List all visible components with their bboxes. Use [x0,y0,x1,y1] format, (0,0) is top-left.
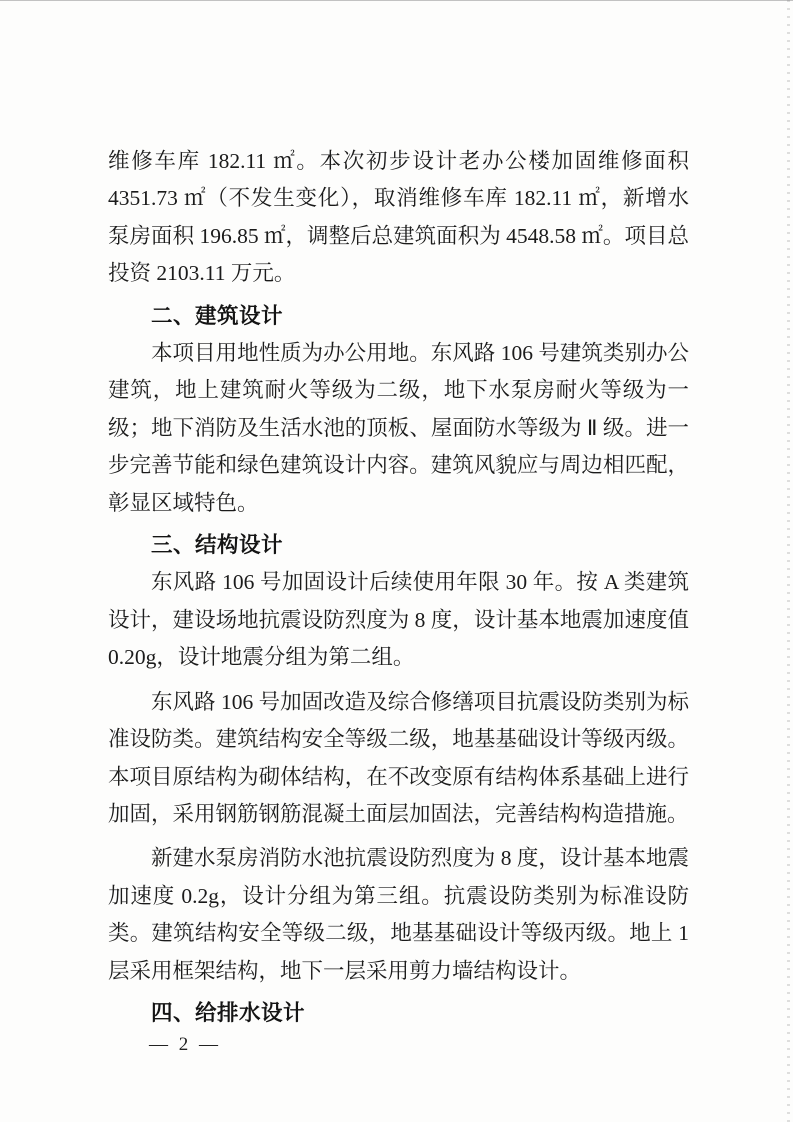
scan-artifact-top-edge [0,0,793,1]
paragraph-intro-continuation: 维修车库 182.11 ㎡。本次初步设计老办公楼加固维修面积 4351.73 ㎡… [108,143,689,293]
section-heading-structural-design: 三、结构设计 [108,527,689,564]
section-heading-architectural-design: 二、建筑设计 [108,298,689,335]
scan-artifact-right-edge [787,0,790,1122]
paragraph-architectural-design: 本项目用地性质为办公用地。东风路 106 号建筑类别办公建筑，地上建筑耐火等级为… [108,335,689,522]
scanned-document-page: 维修车库 182.11 ㎡。本次初步设计老办公楼加固维修面积 4351.73 ㎡… [0,0,793,1122]
section-heading-plumbing-design: 四、给排水设计 [108,995,689,1032]
paragraph-structural-design-3: 新建水泵房消防水池抗震设防烈度为 8 度，设计基本地震加速度 0.2g，设计分组… [108,840,689,990]
page-number: — 2 — [149,1034,221,1056]
paragraph-structural-design-1: 东风路 106 号加固设计后续使用年限 30 年。按 A 类建筑设计，建设场地抗… [108,564,689,676]
document-body: 维修车库 182.11 ㎡。本次初步设计老办公楼加固维修面积 4351.73 ㎡… [108,143,689,1032]
paragraph-structural-design-2: 东风路 106 号加固改造及综合修缮项目抗震设防类别为标准设防类。建筑结构安全等… [108,684,689,834]
